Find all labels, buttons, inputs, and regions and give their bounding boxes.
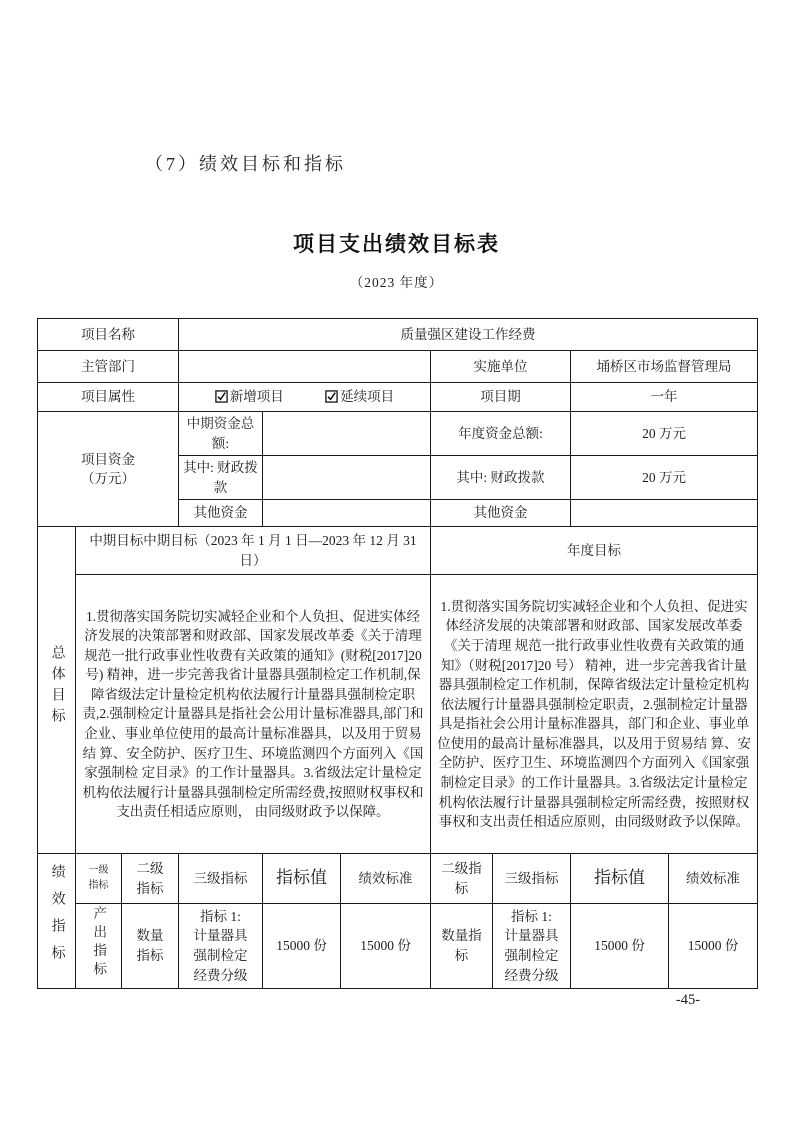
funds-year-other-value: [571, 500, 758, 527]
document-page: （7）绩效目标和指标 项目支出绩效目标表 （2023 年度） 项目名称 质量强区…: [0, 0, 793, 1122]
section-heading: （7）绩效目标和指标: [145, 150, 346, 176]
row-project-name: 项目名称 质量强区建设工作经费: [38, 319, 758, 351]
dept-value-cell: [179, 351, 431, 383]
funds-mid-fiscal-value: [263, 456, 431, 500]
funds-mid-total-label: 中期资金总额:: [179, 412, 263, 456]
funds-mid-fiscal-label: 其中: 财政拨款: [179, 456, 263, 500]
option-continue-project: 延续项目: [325, 387, 394, 407]
dept-label: 主管部门: [38, 351, 179, 383]
attr-options-cell: 新增项目 延续项目: [179, 383, 431, 412]
header-level1: 一级 指标: [76, 854, 122, 904]
year-goal-header: 年度目标: [431, 527, 758, 575]
funds-label: 项目资金 （万元）: [38, 412, 179, 527]
period-value: 一年: [571, 383, 758, 412]
goals-row-label: 总体目标: [38, 527, 76, 854]
data-level3: 指标 1: 计量器具 强制检定 经费分级: [179, 904, 263, 989]
header-level3-annual: 三级指标: [493, 854, 571, 904]
header-value-annual: 指标值: [571, 854, 669, 904]
row-indicators-data: 产出指标 数量 指标 指标 1: 计量器具 强制检定 经费分级 15000 份 …: [38, 904, 758, 989]
row-goals-header: 总体目标 中期目标中期目标（2023 年 1 月 1 日—2023 年 12 月…: [38, 527, 758, 575]
data-standard-annual: 15000 份: [669, 904, 758, 989]
table-title: 项目支出绩效目标表: [0, 228, 793, 258]
data-level3-annual: 指标 1: 计量器具 强制检定 经费分级: [493, 904, 571, 989]
option-new-project: 新增项目: [215, 387, 284, 407]
checkbox-checked-icon: [215, 390, 228, 403]
impl-unit-value: 埇桥区市场监督管理局: [571, 351, 758, 383]
funds-mid-total-value: [263, 412, 431, 456]
funds-year-total-label: 年度资金总额:: [431, 412, 571, 456]
mid-goal-header: 中期目标中期目标（2023 年 1 月 1 日—2023 年 12 月 31 日…: [76, 527, 431, 575]
mid-goal-text: 1.贯彻落实国务院切实减轻企业和个人负担、促进实体经济发展的决策部署和财政部、国…: [76, 575, 431, 854]
project-name-label: 项目名称: [38, 319, 179, 351]
data-standard: 15000 份: [341, 904, 431, 989]
period-label: 项目期: [431, 383, 571, 412]
performance-target-table: 项目名称 质量强区建设工作经费 主管部门 实施单位 埇桥区市场监督管理局 项目属…: [37, 318, 758, 989]
page-number: -45-: [608, 992, 768, 1009]
data-value-annual: 15000 份: [571, 904, 669, 989]
header-value: 指标值: [263, 854, 341, 904]
header-level2: 二级 指标: [122, 854, 179, 904]
goals-row-label-text: 总体目标: [46, 645, 66, 729]
funds-year-fiscal-value: 20 万元: [571, 456, 758, 500]
row-goals-body: 1.贯彻落实国务院切实减轻企业和个人负担、促进实体经济发展的决策部署和财政部、国…: [38, 575, 758, 854]
data-level2-annual: 数量指 标: [431, 904, 493, 989]
funds-year-total-value: 20 万元: [571, 412, 758, 456]
funds-year-fiscal-label: 其中: 财政拨款: [431, 456, 571, 500]
row-dept: 主管部门 实施单位 埇桥区市场监督管理局: [38, 351, 758, 383]
indicators-row-label-text: 绩效指标: [46, 864, 66, 972]
option-new-label: 新增项目: [230, 389, 284, 404]
header-level3: 三级指标: [179, 854, 263, 904]
row-indicators-header: 绩效指标 一级 指标 二级 指标 三级指标 指标值 绩效标准 二级指 标 三级指…: [38, 854, 758, 904]
year-goal-text: 1.贯彻落实国务院切实减轻企业和个人负担、促进实体经济发展的决策部署和财政部、国…: [431, 575, 758, 854]
project-name-value: 质量强区建设工作经费: [179, 319, 758, 351]
checkbox-checked-icon: [325, 390, 338, 403]
data-value: 15000 份: [263, 904, 341, 989]
table-subtitle: （2023 年度）: [0, 271, 793, 291]
header-level2-annual: 二级指 标: [431, 854, 493, 904]
option-continue-label: 延续项目: [340, 389, 394, 404]
impl-unit-label: 实施单位: [431, 351, 571, 383]
funds-year-other-label: 其他资金: [431, 500, 571, 527]
funds-mid-other-value: [263, 500, 431, 527]
data-level2: 数量 指标: [122, 904, 179, 989]
funds-mid-other-label: 其他资金: [179, 500, 263, 527]
header-standard: 绩效标准: [341, 854, 431, 904]
attr-label: 项目属性: [38, 383, 179, 412]
header-standard-annual: 绩效标准: [669, 854, 758, 904]
row-funds-total: 项目资金 （万元） 中期资金总额: 年度资金总额: 20 万元: [38, 412, 758, 456]
row-attr: 项目属性 新增项目 延续项目 项目期 一年: [38, 383, 758, 412]
data-level1-text: 产出指标: [89, 906, 109, 980]
indicators-row-label: 绩效指标: [38, 854, 76, 989]
data-level1: 产出指标: [76, 904, 122, 989]
